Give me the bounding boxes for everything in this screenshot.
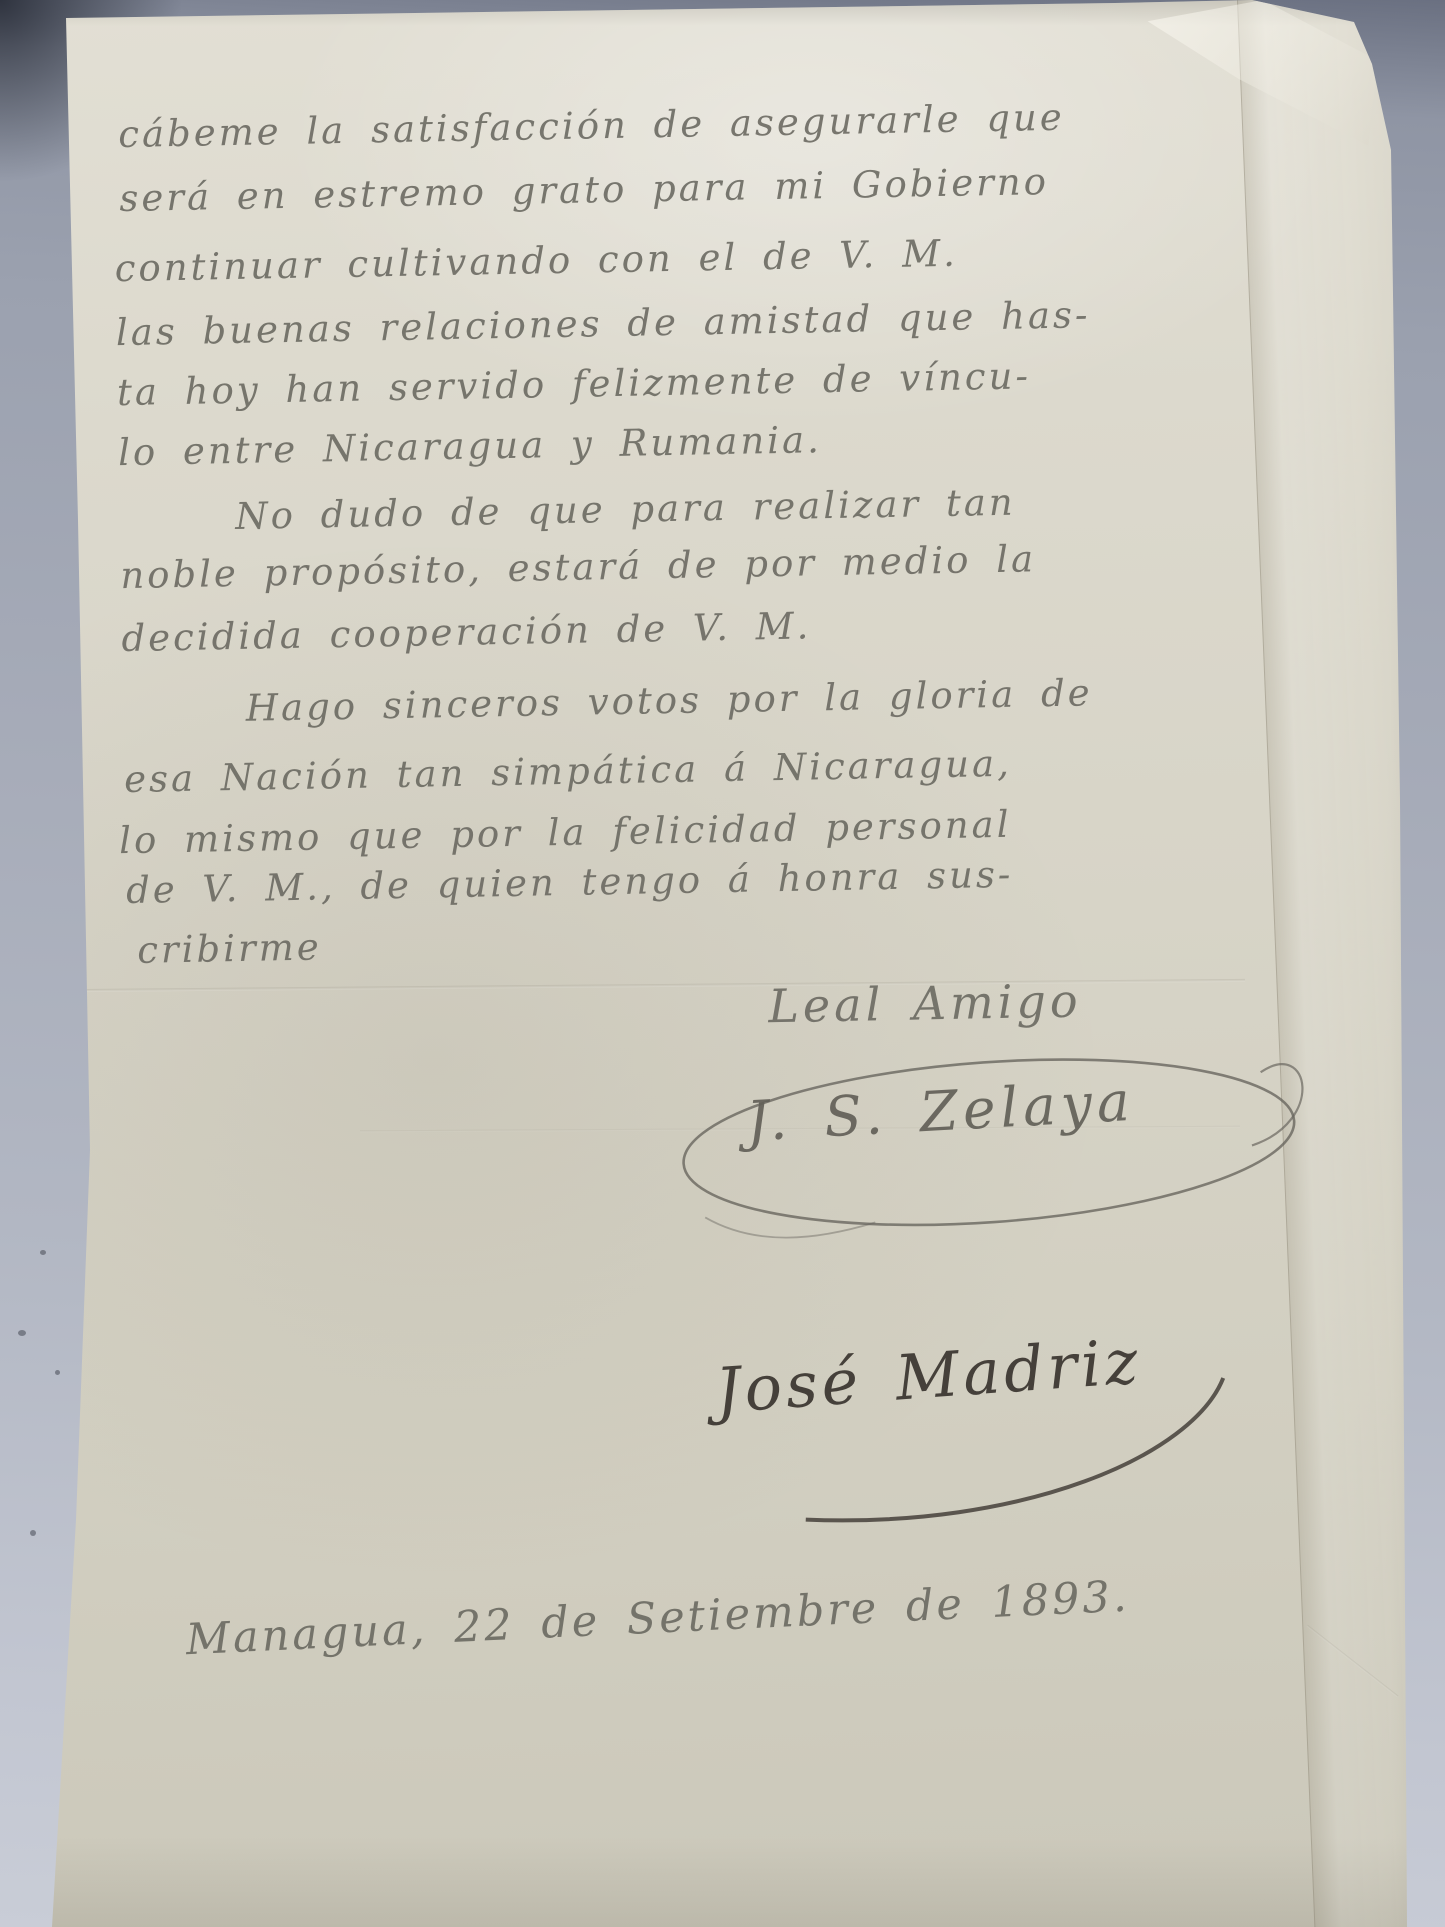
handwritten-line: Hago sinceros votos por la gloria de — [245, 670, 1093, 732]
handwritten-line: No dudo de que para realizar tan — [235, 480, 1016, 541]
handwritten-line: continuar cultivando con el de V. M. — [114, 231, 958, 293]
date-line: Managua, 22 de Setiembre de 1893. — [185, 1571, 1131, 1668]
handwritten-line: las buenas relaciones de amistad que has… — [115, 292, 1090, 356]
handwritten-line: ta hoy han servido felizmente de víncu- — [117, 353, 1032, 416]
handwritten-letter: cábeme la satisfacción de asegurarle que… — [0, 0, 1445, 1927]
handwritten-line: noble propósito, estará de por medio la — [120, 536, 1037, 599]
closing-leal-amigo: Leal Amigo — [768, 973, 1082, 1036]
handwritten-line: cábeme la satisfacción de asegurarle que — [118, 95, 1065, 159]
handwritten-line: lo entre Nicaragua y Rumania. — [118, 417, 823, 476]
handwritten-line: será en estremo grato para mi Gobierno — [119, 159, 1049, 222]
handwritten-line: decidida cooperación de V. M. — [121, 603, 812, 662]
photo-background: cábeme la satisfacción de asegurarle que… — [0, 0, 1445, 1927]
handwritten-line: esa Nación tan simpática á Nicaragua, — [124, 741, 1013, 804]
handwritten-line: cribirme — [137, 924, 322, 974]
